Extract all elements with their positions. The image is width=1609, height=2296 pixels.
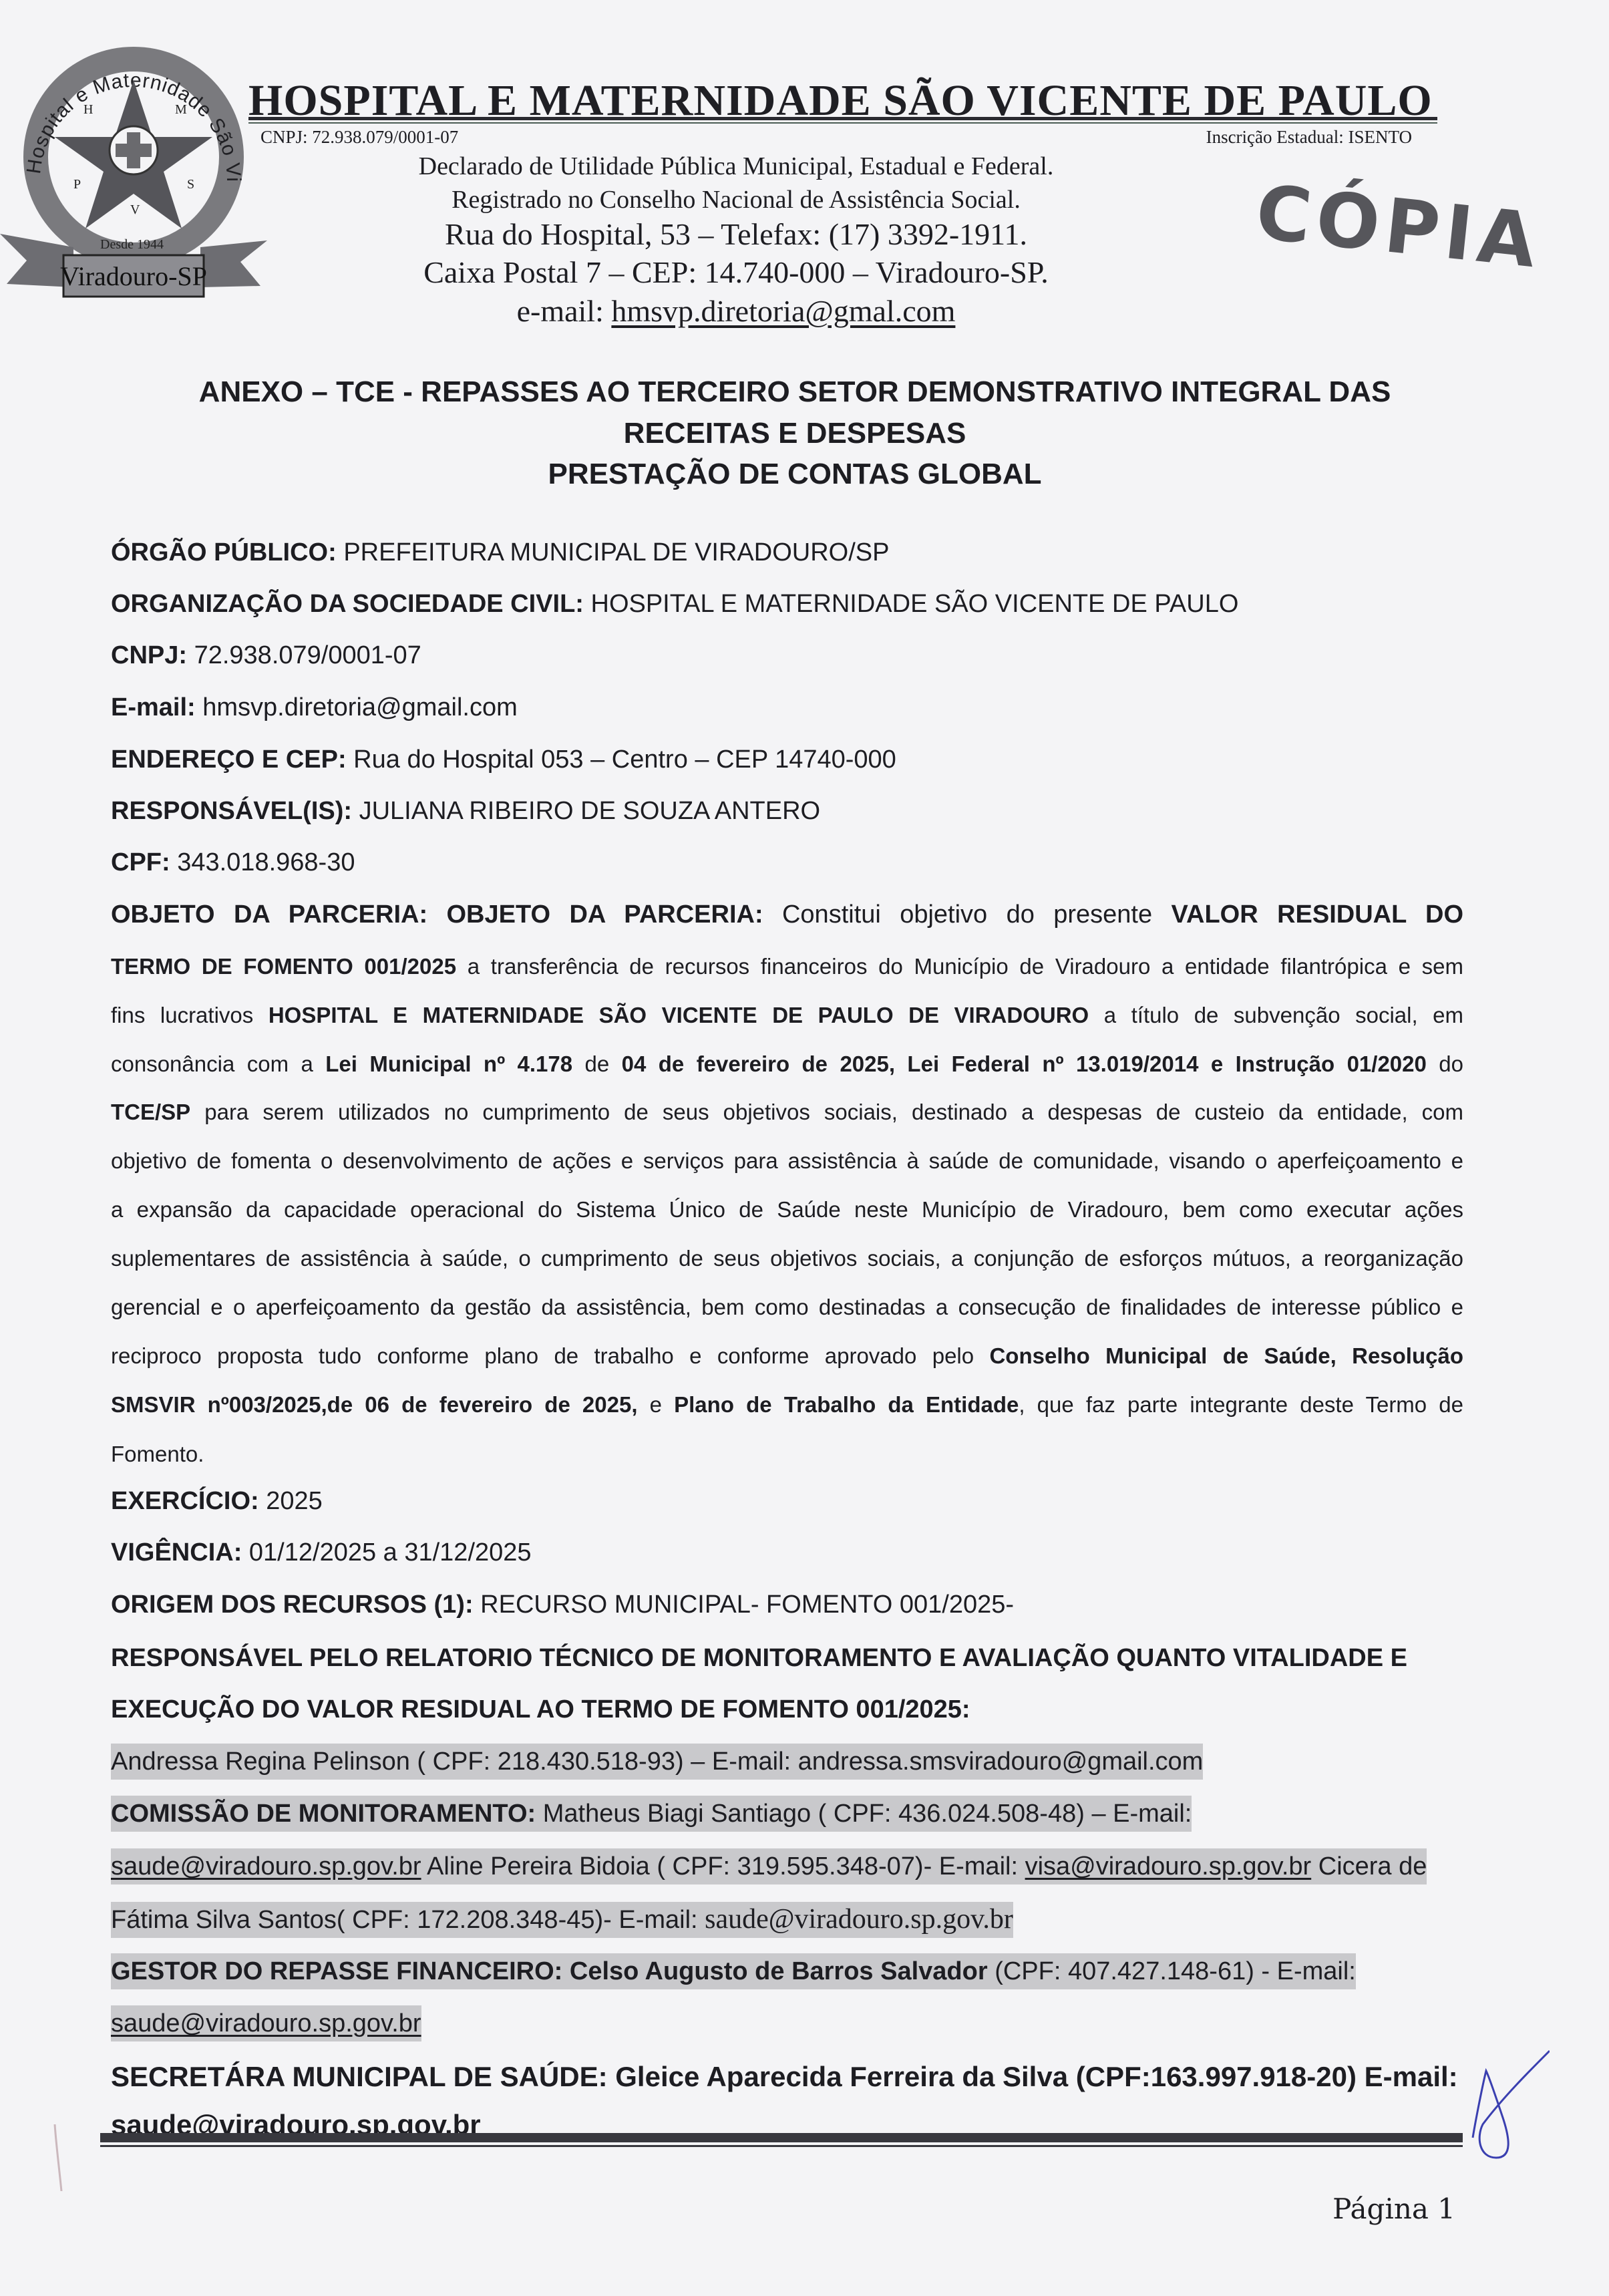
objeto-line: OBJETO DA PARCERIA: OBJETO DA PARCERIA: …: [111, 902, 1463, 927]
field-label: ÓRGÃO PÚBLICO:: [111, 538, 337, 566]
field-value: 343.018.968-30: [170, 848, 355, 876]
objeto-text: fins lucrativos: [111, 1003, 269, 1027]
field-value: PREFEITURA MUNICIPAL DE VIRADOURO/SP: [337, 538, 890, 566]
gestor-name: Celso Augusto de Barros Salvador: [562, 1957, 987, 1985]
field-label: ENDEREÇO E CEP:: [111, 746, 347, 774]
field-label: CPF:: [111, 848, 170, 876]
gestor-line1: GESTOR DO REPASSE FINANCEIRO: Celso Augu…: [111, 1959, 1356, 1984]
svg-text:S: S: [187, 177, 194, 192]
email-link[interactable]: visa@viradouro.sp.gov.br: [1025, 1852, 1312, 1880]
objeto-bold: SMSVIR nº003/2025,de 06 de fevereiro de …: [111, 1392, 638, 1417]
field-value: 72.938.079/0001-07: [187, 641, 421, 669]
email-text: saude@viradouro.sp.gov.br: [705, 1904, 1013, 1935]
objeto-line: SMSVIR nº003/2025,de 06 de fevereiro de …: [111, 1393, 1463, 1416]
field-label: VIGÊNCIA:: [111, 1538, 242, 1567]
field-value: 2025: [259, 1487, 323, 1515]
field-orgao-publico: ÓRGÃO PÚBLICO: PREFEITURA MUNICIPAL DE V…: [111, 540, 889, 565]
field-value: Aline Pereira Bidoia ( CPF: 319.595.348-…: [421, 1852, 1025, 1880]
page-number: Página 1: [1332, 2192, 1455, 2225]
svg-text:M: M: [175, 102, 187, 117]
objeto-text: consonância com a: [111, 1051, 325, 1076]
document-title-line2: RECEITAS E DESPESAS: [107, 419, 1483, 448]
objeto-text: , que faz parte integrante deste Termo d…: [1019, 1392, 1463, 1417]
objeto-bold: TCE/SP: [111, 1100, 190, 1124]
hospital-logo-icon: Hospital e Maternidade São Vicente de Pa…: [0, 13, 267, 307]
field-value: (CPF: 407.427.148-61) - E-mail:: [988, 1957, 1356, 1985]
svg-text:V: V: [130, 202, 140, 217]
header-divider: [248, 117, 1437, 124]
objeto-line: suplementares de assistência à saúde, o …: [111, 1247, 1463, 1269]
objeto-text: gerencial e o aperfeiçoamento da gestão …: [111, 1295, 1463, 1319]
field-value: Matheus Biagi Santiago ( CPF: 436.024.50…: [536, 1800, 1192, 1828]
svg-text:H: H: [83, 102, 93, 117]
field-value: Rua do Hospital 053 – Centro – CEP 14740…: [347, 746, 896, 774]
field-value: : Gleice Aparecida Ferreira da Silva (CP…: [598, 2061, 1458, 2092]
objeto-bold: 04 de fevereiro de 2025, Lei Federal nº …: [622, 1051, 1427, 1076]
relatorio-responsavel: Andressa Regina Pelinson ( CPF: 218.430.…: [111, 1749, 1203, 1774]
objeto-text: Constitui objetivo do presente: [763, 900, 1172, 929]
objeto-line: fins lucrativos HOSPITAL E MATERNIDADE S…: [111, 1004, 1463, 1026]
gestor-line2: saude@viradouro.sp.gov.br: [111, 2011, 421, 2036]
field-label: CNPJ:: [111, 641, 187, 669]
comissao-line1: COMISSÃO DE MONITORAMENTO: Matheus Biagi…: [111, 1801, 1192, 1826]
objeto-text: a título de subvenção social, em: [1089, 1003, 1463, 1027]
field-label: EXECUÇÃO DO VALOR RESIDUAL AO TERMO DE F…: [111, 1695, 970, 1724]
document-title-line3: PRESTAÇÃO DE CONTAS GLOBAL: [107, 460, 1483, 489]
field-responsavel: RESPONSÁVEL(IS): JULIANA RIBEIRO DE SOUZ…: [111, 798, 820, 824]
objeto-text: do: [1427, 1051, 1463, 1076]
field-label: GESTOR DO REPASSE FINANCEIRO:: [111, 1957, 562, 1985]
objeto-text: a transferência de recursos financeiros …: [456, 954, 1463, 979]
objeto-label: OBJETO DA PARCERIA: OBJETO DA PARCERIA:: [111, 900, 763, 929]
relatorio-label-line2: EXECUÇÃO DO VALOR RESIDUAL AO TERMO DE F…: [111, 1697, 970, 1722]
objeto-text: de: [572, 1051, 622, 1076]
objeto-line: reciproco proposta tudo conforme plano d…: [111, 1345, 1463, 1367]
field-label: ORGANIZAÇÃO DA SOCIEDADE CIVIL:: [111, 590, 584, 618]
letterhead-email-link[interactable]: hmsvp.diretoria@gmal.com: [611, 294, 955, 328]
field-email: E-mail: hmsvp.diretoria@gmail.com: [111, 695, 518, 720]
field-endereco: ENDEREÇO E CEP: Rua do Hospital 053 – Ce…: [111, 747, 896, 772]
letterhead-email-line: e-mail: hmsvp.diretoria@gmal.com: [248, 296, 1224, 327]
field-label: SECRETÁRA MUNICIPAL DE SAÚDE: [111, 2061, 598, 2092]
letterhead-utilidade: Declarado de Utilidade Pública Municipal…: [248, 154, 1224, 179]
field-label: RESPONSÁVEL PELO RELATORIO TÉCNICO DE MO…: [111, 1644, 1407, 1672]
svg-text:Desde 1944: Desde 1944: [100, 237, 164, 252]
field-vigencia: VIGÊNCIA: 01/12/2025 a 31/12/2025: [111, 1540, 532, 1565]
objeto-line: consonância com a Lei Municipal nº 4.178…: [111, 1053, 1463, 1075]
email-link[interactable]: saude@viradouro.sp.gov.br: [111, 2009, 421, 2037]
email-link[interactable]: saude@viradouro.sp.gov.br: [111, 1852, 421, 1880]
objeto-bold: Conselho Municipal de Saúde, Resolução: [989, 1343, 1463, 1368]
letterhead-postal: Caixa Postal 7 – CEP: 14.740-000 – Virad…: [248, 257, 1224, 288]
letterhead-registro: Registrado no Conselho Nacional de Assis…: [248, 187, 1224, 212]
field-origem-recursos: ORIGEM DOS RECURSOS (1): RECURSO MUNICIP…: [111, 1592, 1014, 1617]
objeto-bold: VALOR RESIDUAL DO: [1172, 900, 1464, 929]
objeto-line: a expansão da capacidade operacional do …: [111, 1198, 1463, 1220]
objeto-text: a expansão da capacidade operacional do …: [111, 1197, 1463, 1222]
objeto-bold: HOSPITAL E MATERNIDADE SÃO VICENTE DE PA…: [269, 1003, 1089, 1027]
document-page: Hospital e Maternidade São Vicente de Pa…: [0, 0, 1609, 2296]
field-value: HOSPITAL E MATERNIDADE SÃO VICENTE DE PA…: [584, 590, 1238, 618]
objeto-bold: Lei Municipal nº 4.178: [325, 1051, 572, 1076]
field-cpf: CPF: 343.018.968-30: [111, 850, 355, 875]
document-title-line1: ANEXO – TCE - REPASSES AO TERCEIRO SETOR…: [107, 377, 1483, 407]
field-label: EXERCÍCIO:: [111, 1487, 259, 1515]
field-label: COMISSÃO DE MONITORAMENTO:: [111, 1800, 536, 1828]
field-label: ORIGEM DOS RECURSOS (1):: [111, 1591, 474, 1619]
objeto-bold: TERMO DE FOMENTO 001/2025: [111, 954, 456, 979]
objeto-text: Fomento.: [111, 1442, 204, 1466]
field-value: hmsvp.diretoria@gmail.com: [196, 693, 518, 721]
letterhead-inscricao: Inscrição Estadual: ISENTO: [1206, 127, 1412, 148]
objeto-text: suplementares de assistência à saúde, o …: [111, 1246, 1463, 1271]
field-label: E-mail:: [111, 693, 196, 721]
letterhead-email-label: e-mail:: [517, 294, 612, 328]
field-value: 01/12/2025 a 31/12/2025: [242, 1538, 531, 1567]
svg-text:Viradouro-SP: Viradouro-SP: [60, 261, 207, 291]
objeto-text: reciproco proposta tudo conforme plano d…: [111, 1343, 989, 1368]
objeto-line: TERMO DE FOMENTO 001/2025 a transferênci…: [111, 955, 1463, 977]
svg-text:P: P: [73, 177, 81, 192]
objeto-text: para serem utilizados no cumprimento de …: [190, 1100, 1463, 1124]
secretaria-line1: SECRETÁRA MUNICIPAL DE SAÚDE: Gleice Apa…: [111, 2063, 1458, 2091]
field-value: JULIANA RIBEIRO DE SOUZA ANTERO: [352, 797, 820, 825]
objeto-text: objetivo de fomenta o desenvolvimento de…: [111, 1148, 1463, 1173]
objeto-text: e: [638, 1392, 675, 1417]
letterhead-cnpj: CNPJ: 72.938.079/0001-07: [260, 127, 458, 148]
objeto-bold: Plano de Trabalho da Entidade: [674, 1392, 1019, 1417]
objeto-line: objetivo de fomenta o desenvolvimento de…: [111, 1150, 1463, 1172]
field-cnpj: CNPJ: 72.938.079/0001-07: [111, 643, 421, 668]
comissao-line2: saude@viradouro.sp.gov.br Aline Pereira …: [111, 1854, 1427, 1879]
objeto-line: TCE/SP para serem utilizados no cumprime…: [111, 1101, 1463, 1123]
footer-divider: [100, 2133, 1463, 2147]
objeto-line: Fomento.: [111, 1443, 1463, 1465]
field-osc: ORGANIZAÇÃO DA SOCIEDADE CIVIL: HOSPITAL…: [111, 591, 1238, 617]
relatorio-label-line1: RESPONSÁVEL PELO RELATORIO TÉCNICO DE MO…: [111, 1645, 1407, 1671]
margin-mark-icon: [52, 2124, 65, 2191]
field-value: RECURSO MUNICIPAL- FOMENTO 001/2025-: [474, 1591, 1014, 1619]
letterhead-address: Rua do Hospital, 53 – Telefax: (17) 3392…: [248, 219, 1224, 250]
signature-icon: [1469, 2044, 1550, 2164]
field-exercicio: EXERCÍCIO: 2025: [111, 1488, 323, 1514]
copy-stamp: CÓPIA: [1252, 169, 1545, 285]
comissao-line3: Fátima Silva Santos( CPF: 172.208.348-45…: [111, 1905, 1013, 1933]
highlighted-text: Andressa Regina Pelinson ( CPF: 218.430.…: [111, 1744, 1203, 1780]
field-value: Fátima Silva Santos( CPF: 172.208.348-45…: [111, 1906, 705, 1934]
field-value: Cicera de: [1311, 1852, 1427, 1880]
objeto-line: gerencial e o aperfeiçoamento da gestão …: [111, 1296, 1463, 1318]
field-label: RESPONSÁVEL(IS):: [111, 797, 352, 825]
